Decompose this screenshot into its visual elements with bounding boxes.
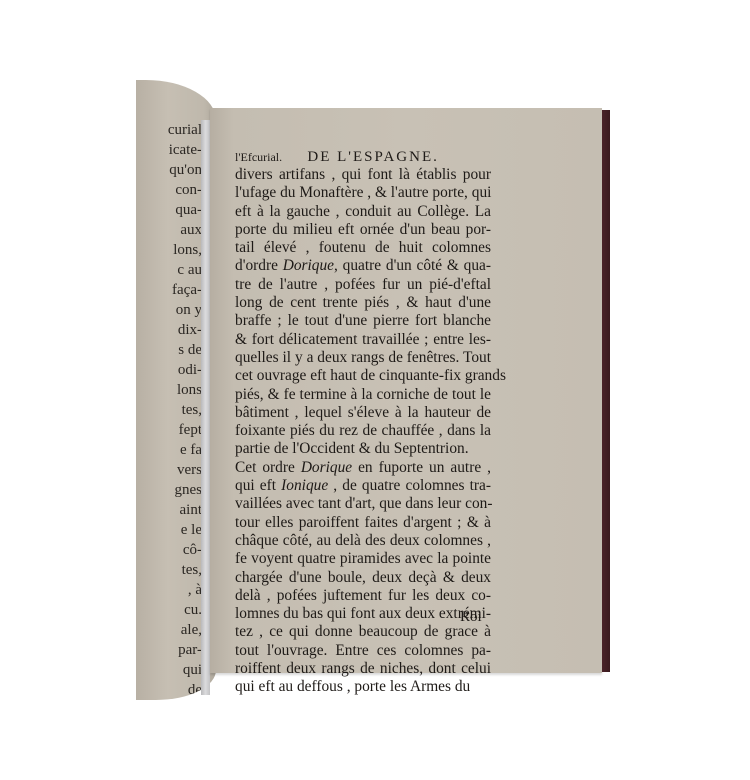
text-line: Cet ordre Dorique en fuporte un autre , [235, 459, 491, 477]
left-text-fragment: curial [136, 120, 202, 140]
left-text-fragment: vers [136, 460, 202, 480]
left-text-fragment: façа- [136, 280, 202, 300]
left-text-fragment: tes, [136, 400, 202, 420]
left-text-fragment: qua- [136, 200, 202, 220]
left-text-fragment: aint [136, 500, 202, 520]
page-body-text: divers artifans , qui font là établis po… [235, 166, 491, 697]
text-line: piés, & fe termine à la corniche de tout… [235, 386, 491, 404]
book-cover-edge [602, 110, 610, 672]
text-line: roiffent deux rangs de niches, dont celu… [235, 660, 491, 678]
text-line: qui eft Ionique , de quatre colomnes tra… [235, 477, 491, 495]
left-text-fragment: qui [136, 660, 202, 680]
left-text-fragment: c au [136, 260, 202, 280]
text-line: cet ouvrage eft haut de cinquante-fix gr… [235, 367, 491, 385]
left-text-fragment: cu. [136, 600, 202, 620]
text-line: foixante piés du rez de chauffée , dans … [235, 422, 491, 440]
text-line: long de cent trente piés , & haut d'une [235, 294, 491, 312]
left-page-text: curialicate-qu'oncon-qua-auxlons,c aufaç… [136, 120, 202, 700]
running-head-section: l'Efcurial. [235, 150, 282, 164]
bookmark-ribbon [201, 120, 210, 695]
text-line: quelles il y a deux rangs de fenêtres. T… [235, 349, 491, 367]
left-text-fragment: cô- [136, 540, 202, 560]
left-text-fragment: icate- [136, 140, 202, 160]
left-text-fragment: fept [136, 420, 202, 440]
text-line: tour elles paroiffent faites d'argent ; … [235, 514, 491, 532]
left-text-fragment: e fa [136, 440, 202, 460]
text-line: tre de l'autre , pofées fur un pié-d'eft… [235, 276, 491, 294]
left-text-fragment: e le [136, 520, 202, 540]
text-line: tez , ce qui donne beaucoup de grace à [235, 623, 491, 641]
left-text-fragment: qu'on [136, 160, 202, 180]
text-line: & fort délicatement travaillée ; entre l… [235, 331, 491, 349]
left-text-fragment: tes, [136, 560, 202, 580]
left-text-fragment: on y [136, 300, 202, 320]
left-text-fragment: ale, [136, 620, 202, 640]
right-page: l'Efcurial. DE L'ESPAGNE. divers artifan… [210, 108, 602, 673]
text-line: bâtiment , lequel s'éleve à la hauteur d… [235, 404, 491, 422]
left-text-fragment: aux [136, 220, 202, 240]
left-text-fragment: s de [136, 340, 202, 360]
left-text-fragment: dix- [136, 320, 202, 340]
text-line: d'ordre Dorique, quatre d'un côté & qua- [235, 257, 491, 275]
text-line: tout l'ouvrage. Entre ces colomnes pa- [235, 642, 491, 660]
text-line: vaillées avec tant d'art, que dans leur … [235, 495, 491, 513]
text-line: partie de l'Occident & du Septentrion. [235, 440, 491, 458]
left-text-fragment: gnes [136, 480, 202, 500]
text-line: lomnes du bas qui font aux deux extrémi- [235, 605, 491, 623]
text-line: braffe ; le tout d'une pierre fort blanc… [235, 312, 491, 330]
left-text-fragment: lons, [136, 240, 202, 260]
running-head: l'Efcurial. DE L'ESPAGNE. [235, 149, 535, 166]
text-line: delà , pofées juftement fur les deux co- [235, 587, 491, 605]
text-line: châque côté, au delà des deux colomnes , [235, 532, 491, 550]
text-line: porte du milieu eft ornée d'un beau por- [235, 221, 491, 239]
text-line: divers artifans , qui font là établis po… [235, 166, 491, 184]
text-line: l'ufage du Monaftère , & l'autre porte, … [235, 184, 491, 202]
catchword: Roi [460, 609, 482, 626]
left-text-fragment: , à [136, 580, 202, 600]
left-text-fragment: par- [136, 640, 202, 660]
text-line: fe voyent quatre piramides avec la point… [235, 550, 491, 568]
left-text-fragment: de [136, 680, 202, 700]
text-line: eft à la gauche , conduit au Collège. La [235, 203, 491, 221]
text-line: chargée d'une boule, deux deçà & deux [235, 569, 491, 587]
text-line: qui eft au deffous , porte les Armes du [235, 678, 491, 696]
running-head-title: DE L'ESPAGNE. [307, 149, 439, 165]
left-text-fragment: lons [136, 380, 202, 400]
left-text-fragment: odi- [136, 360, 202, 380]
text-line: tail élevé , foutenu de huit colomnes [235, 239, 491, 257]
left-text-fragment: con- [136, 180, 202, 200]
